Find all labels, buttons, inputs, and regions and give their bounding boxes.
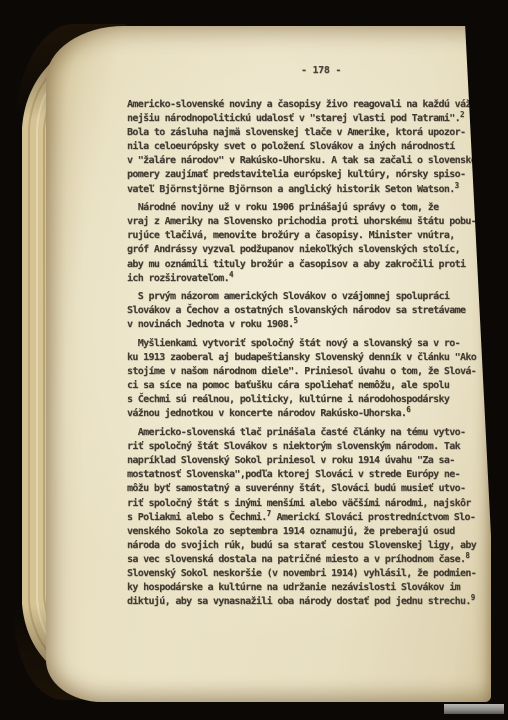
text-segment: vraj z Ameriky na Slovensko prichodia pr… — [127, 216, 476, 227]
footnote-ref: 4 — [229, 268, 234, 282]
text-segment: napríklad Slovenský Sokol priniesol v ro… — [127, 455, 455, 466]
footnote-ref: 8 — [465, 549, 470, 563]
text-segment: národa do svojich rúk, budú sa starať ce… — [127, 540, 476, 551]
text-line: nejšiu národnopolitickú udalosť v "stare… — [127, 112, 487, 126]
text-line: Americko-slovenská tlač prinášala časté … — [127, 426, 487, 440]
text-line: vraj z Ameriky na Slovensko prichodia pr… — [127, 215, 487, 229]
text-segment: môžu byť samostatný a suverénny štát, Sl… — [127, 483, 465, 494]
text-line: Americko-slovenské noviny a časopisy živ… — [127, 98, 487, 112]
footnote-ref: 7 — [267, 507, 272, 521]
text-segment: riť spoločný štát s inými menšími alebo … — [127, 498, 471, 509]
text-line: pomery zaujímať predstavitelia európskej… — [127, 168, 487, 182]
paragraph: Národné noviny už v roku 1906 prinášajú … — [127, 201, 487, 286]
text-line: v "žaláre národov" v Rakúsko-Uhorsku. A … — [127, 154, 487, 168]
text-line: ich rozširovateľom.4 — [127, 272, 487, 286]
text-segment: nila celoeurópsky svet o položení Slovák… — [127, 141, 455, 152]
text-segment: Americko-slovenské noviny a časopisy živ… — [127, 99, 476, 110]
footnote-ref: 9 — [471, 591, 476, 605]
text-segment: mostatnosť Slovenska",podľa ktorej Slová… — [127, 469, 460, 480]
text-line: rujúce tlačivá, menovite brožúry a časop… — [127, 229, 487, 243]
text-segment: riť spoločný štát Slovákov s niektorým s… — [127, 441, 460, 452]
text-segment: v "žaláre národov" v Rakúsko-Uhorsku. A … — [127, 155, 476, 166]
text-segment: Slovenský Sokol neskoršie (v novembri 19… — [127, 568, 476, 579]
paragraph: Americko-slovenská tlač prinášala časté … — [127, 426, 487, 609]
page-body: Americko-slovenské noviny a časopisy živ… — [127, 98, 487, 614]
footnote-ref: 6 — [406, 403, 411, 417]
text-segment: ky hospodárske a kultúrne na udržanie ne… — [127, 582, 460, 593]
text-segment: S prvým názorom amerických Slovákov o vz… — [127, 291, 449, 302]
text-line: S prvým názorom amerických Slovákov o vz… — [127, 290, 487, 304]
book-scene: - 178 - Americko-slovenské noviny a časo… — [0, 0, 508, 720]
text-segment: stojíme v našom národnom diele". Prinies… — [127, 366, 476, 377]
text-line: s Čechmi sú reálnou, politicky, kultúrne… — [127, 393, 487, 407]
text-line: mostatnosť Slovenska",podľa ktorej Slová… — [127, 468, 487, 482]
text-segment: vážnou jednotkou v koncerte národov Rakú… — [127, 408, 406, 419]
text-line: sa vec slovenská dostala na patričné mie… — [127, 553, 487, 567]
text-segment: rujúce tlačivá, menovite brožúry a časop… — [127, 230, 455, 241]
text-segment: Americko-slovenská tlač prinášala časté … — [127, 427, 465, 438]
paragraph: Americko-slovenské noviny a časopisy živ… — [127, 98, 487, 197]
text-segment: ku 1913 zaoberal aj budapeštiansky Slove… — [127, 352, 476, 363]
text-segment: Myšlienkami vytvoriť spoločný štát nový … — [127, 338, 460, 349]
text-segment: vateľ Björnstjörne Björnson a anglický h… — [127, 184, 455, 195]
footnote-ref: 5 — [294, 314, 299, 328]
text-segment: s Poliakmi alebo s Čechmi. — [127, 512, 267, 523]
text-segment: pomery zaujímať predstavitelia európskej… — [127, 169, 465, 180]
text-line: s Poliakmi alebo s Čechmi.7 Americkí Slo… — [127, 511, 487, 525]
text-line: stojíme v našom národnom diele". Prinies… — [127, 365, 487, 379]
text-line: vateľ Björnstjörne Björnson a anglický h… — [127, 183, 487, 197]
paragraph: Myšlienkami vytvoriť spoločný štát nový … — [127, 337, 487, 422]
text-segment: gróf Andrássy vyzval podžupanov niekoľký… — [127, 244, 460, 255]
text-line: Slovákov a Čechov a ostatných slovanskýc… — [127, 304, 487, 318]
text-line: ky hospodárske a kultúrne na udržanie ne… — [127, 581, 487, 595]
text-line: Myšlienkami vytvoriť spoločný štát nový … — [127, 337, 487, 351]
text-line: aby mu oznámili tituly brožúr a časopiso… — [127, 258, 487, 272]
page-number: - 178 - — [301, 65, 341, 76]
footnote-ref: 2 — [460, 108, 465, 122]
text-segment: diktujú, aby sa vynasnažili oba národy d… — [127, 596, 471, 607]
text-segment: venského Sokola zo septembra 1914 oznamu… — [127, 526, 455, 537]
text-line: nila celoeurópsky svet o položení Slovák… — [127, 140, 487, 154]
paragraph: S prvým názorom amerických Slovákov o vz… — [127, 290, 487, 332]
text-segment: ci sa síce na pomoc baťušku cára spolieh… — [127, 380, 449, 391]
text-line: národa do svojich rúk, budú sa starať ce… — [127, 539, 487, 553]
text-segment: v novinách Jednota v roku 1908. — [127, 319, 294, 330]
text-line: napríklad Slovenský Sokol priniesol v ro… — [127, 454, 487, 468]
text-line: vážnou jednotkou v koncerte národov Rakú… — [127, 407, 487, 421]
text-segment: nejšiu národnopolitickú udalosť v "stare… — [127, 113, 460, 124]
footnote-ref: 3 — [455, 179, 460, 193]
text-segment: Americkí Slováci prostredníctvom Slo- — [271, 512, 475, 523]
text-line: riť spoločný štát Slovákov s niektorým s… — [127, 440, 487, 454]
text-line: ku 1913 zaoberal aj budapeštiansky Slove… — [127, 351, 487, 365]
text-line: Národné noviny už v roku 1906 prinášajú … — [127, 201, 487, 215]
text-segment: sa vec slovenská dostala na patričné mie… — [127, 554, 465, 565]
text-segment: s Čechmi sú reálnou, politicky, kultúrne… — [127, 394, 449, 405]
text-line: riť spoločný štát s inými menšími alebo … — [127, 497, 487, 511]
text-segment: aby mu oznámili tituly brožúr a časopiso… — [127, 259, 465, 270]
text-line: venského Sokola zo septembra 1914 oznamu… — [127, 525, 487, 539]
text-line: diktujú, aby sa vynasnažili oba národy d… — [127, 595, 487, 609]
text-line: Slovenský Sokol neskoršie (v novembri 19… — [127, 567, 487, 581]
book-page: - 178 - Americko-slovenské noviny a časo… — [46, 26, 491, 702]
text-segment: ich rozširovateľom. — [127, 273, 229, 284]
text-segment: Bola to zásluha najmä slovenskej tlače v… — [127, 127, 465, 138]
text-segment: Národné noviny už v roku 1906 prinášajú … — [127, 202, 439, 213]
text-line: ci sa síce na pomoc baťušku cára spolieh… — [127, 379, 487, 393]
text-line: Bola to zásluha najmä slovenskej tlače v… — [127, 126, 487, 140]
text-line: v novinách Jednota v roku 1908.5 — [127, 318, 487, 332]
text-line: gróf Andrássy vyzval podžupanov niekoľký… — [127, 243, 487, 257]
table-edge — [444, 704, 504, 714]
text-line: môžu byť samostatný a suverénny štát, Sl… — [127, 482, 487, 496]
